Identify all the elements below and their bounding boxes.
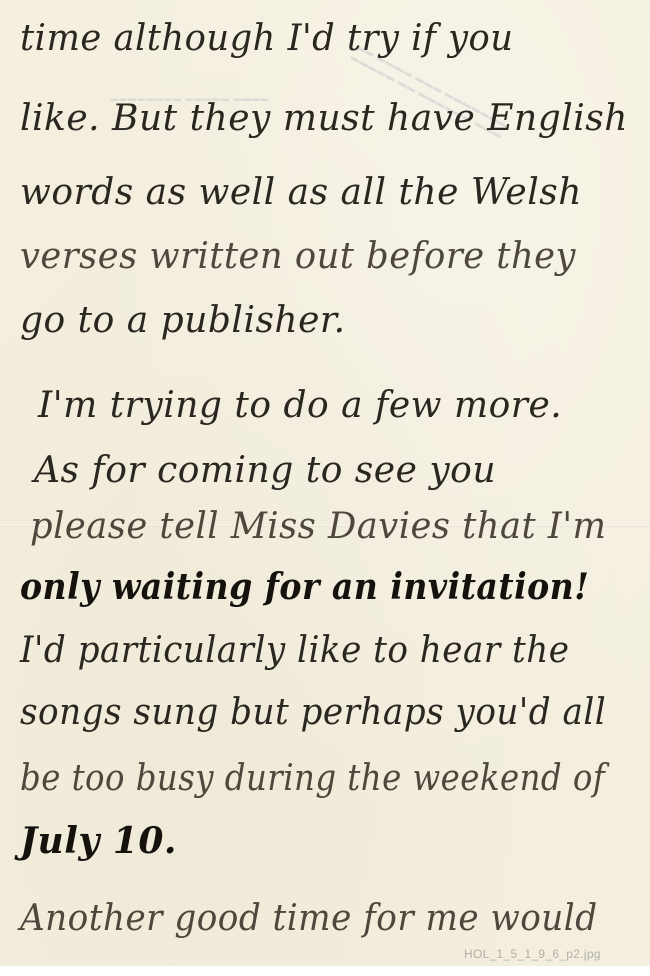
handwritten-line-3: words as well as all the Welsh — [20, 172, 582, 213]
handwritten-line-12: be too busy during the weekend of — [20, 758, 605, 799]
handwritten-line-13: July 10. — [20, 820, 177, 862]
handwritten-line-8: please tell Miss Davies that I'm — [30, 506, 606, 547]
filename-watermark: HOL_1_5_1_9_6_p2.jpg — [464, 947, 601, 961]
handwritten-line-10: I'd particularly like to hear the — [20, 630, 569, 671]
handwritten-line-4: verses written out before they — [20, 236, 576, 277]
handwritten-line-11: songs sung but perhaps you'd all — [20, 692, 606, 733]
handwritten-line-5: go to a publisher. — [20, 300, 346, 341]
handwritten-line-14: Another good time for me would — [20, 898, 598, 939]
handwritten-line-2: like. But they must have English — [20, 98, 628, 139]
handwritten-line-7: As for coming to see you — [34, 450, 496, 491]
letter-page: ▬▬ ▬▬▬▬ ▬▬▬ ▬▬▬▬▬▬▬▬▬▬▬▬ ▬▬ ▬▬▬▬▬▬ ▬▬▬ ▬… — [0, 0, 650, 966]
handwritten-line-9: only waiting for an invitation! — [20, 566, 589, 608]
handwritten-line-6: I'm trying to do a few more. — [38, 385, 562, 426]
handwritten-line-1: time although I'd try if you — [20, 18, 514, 59]
